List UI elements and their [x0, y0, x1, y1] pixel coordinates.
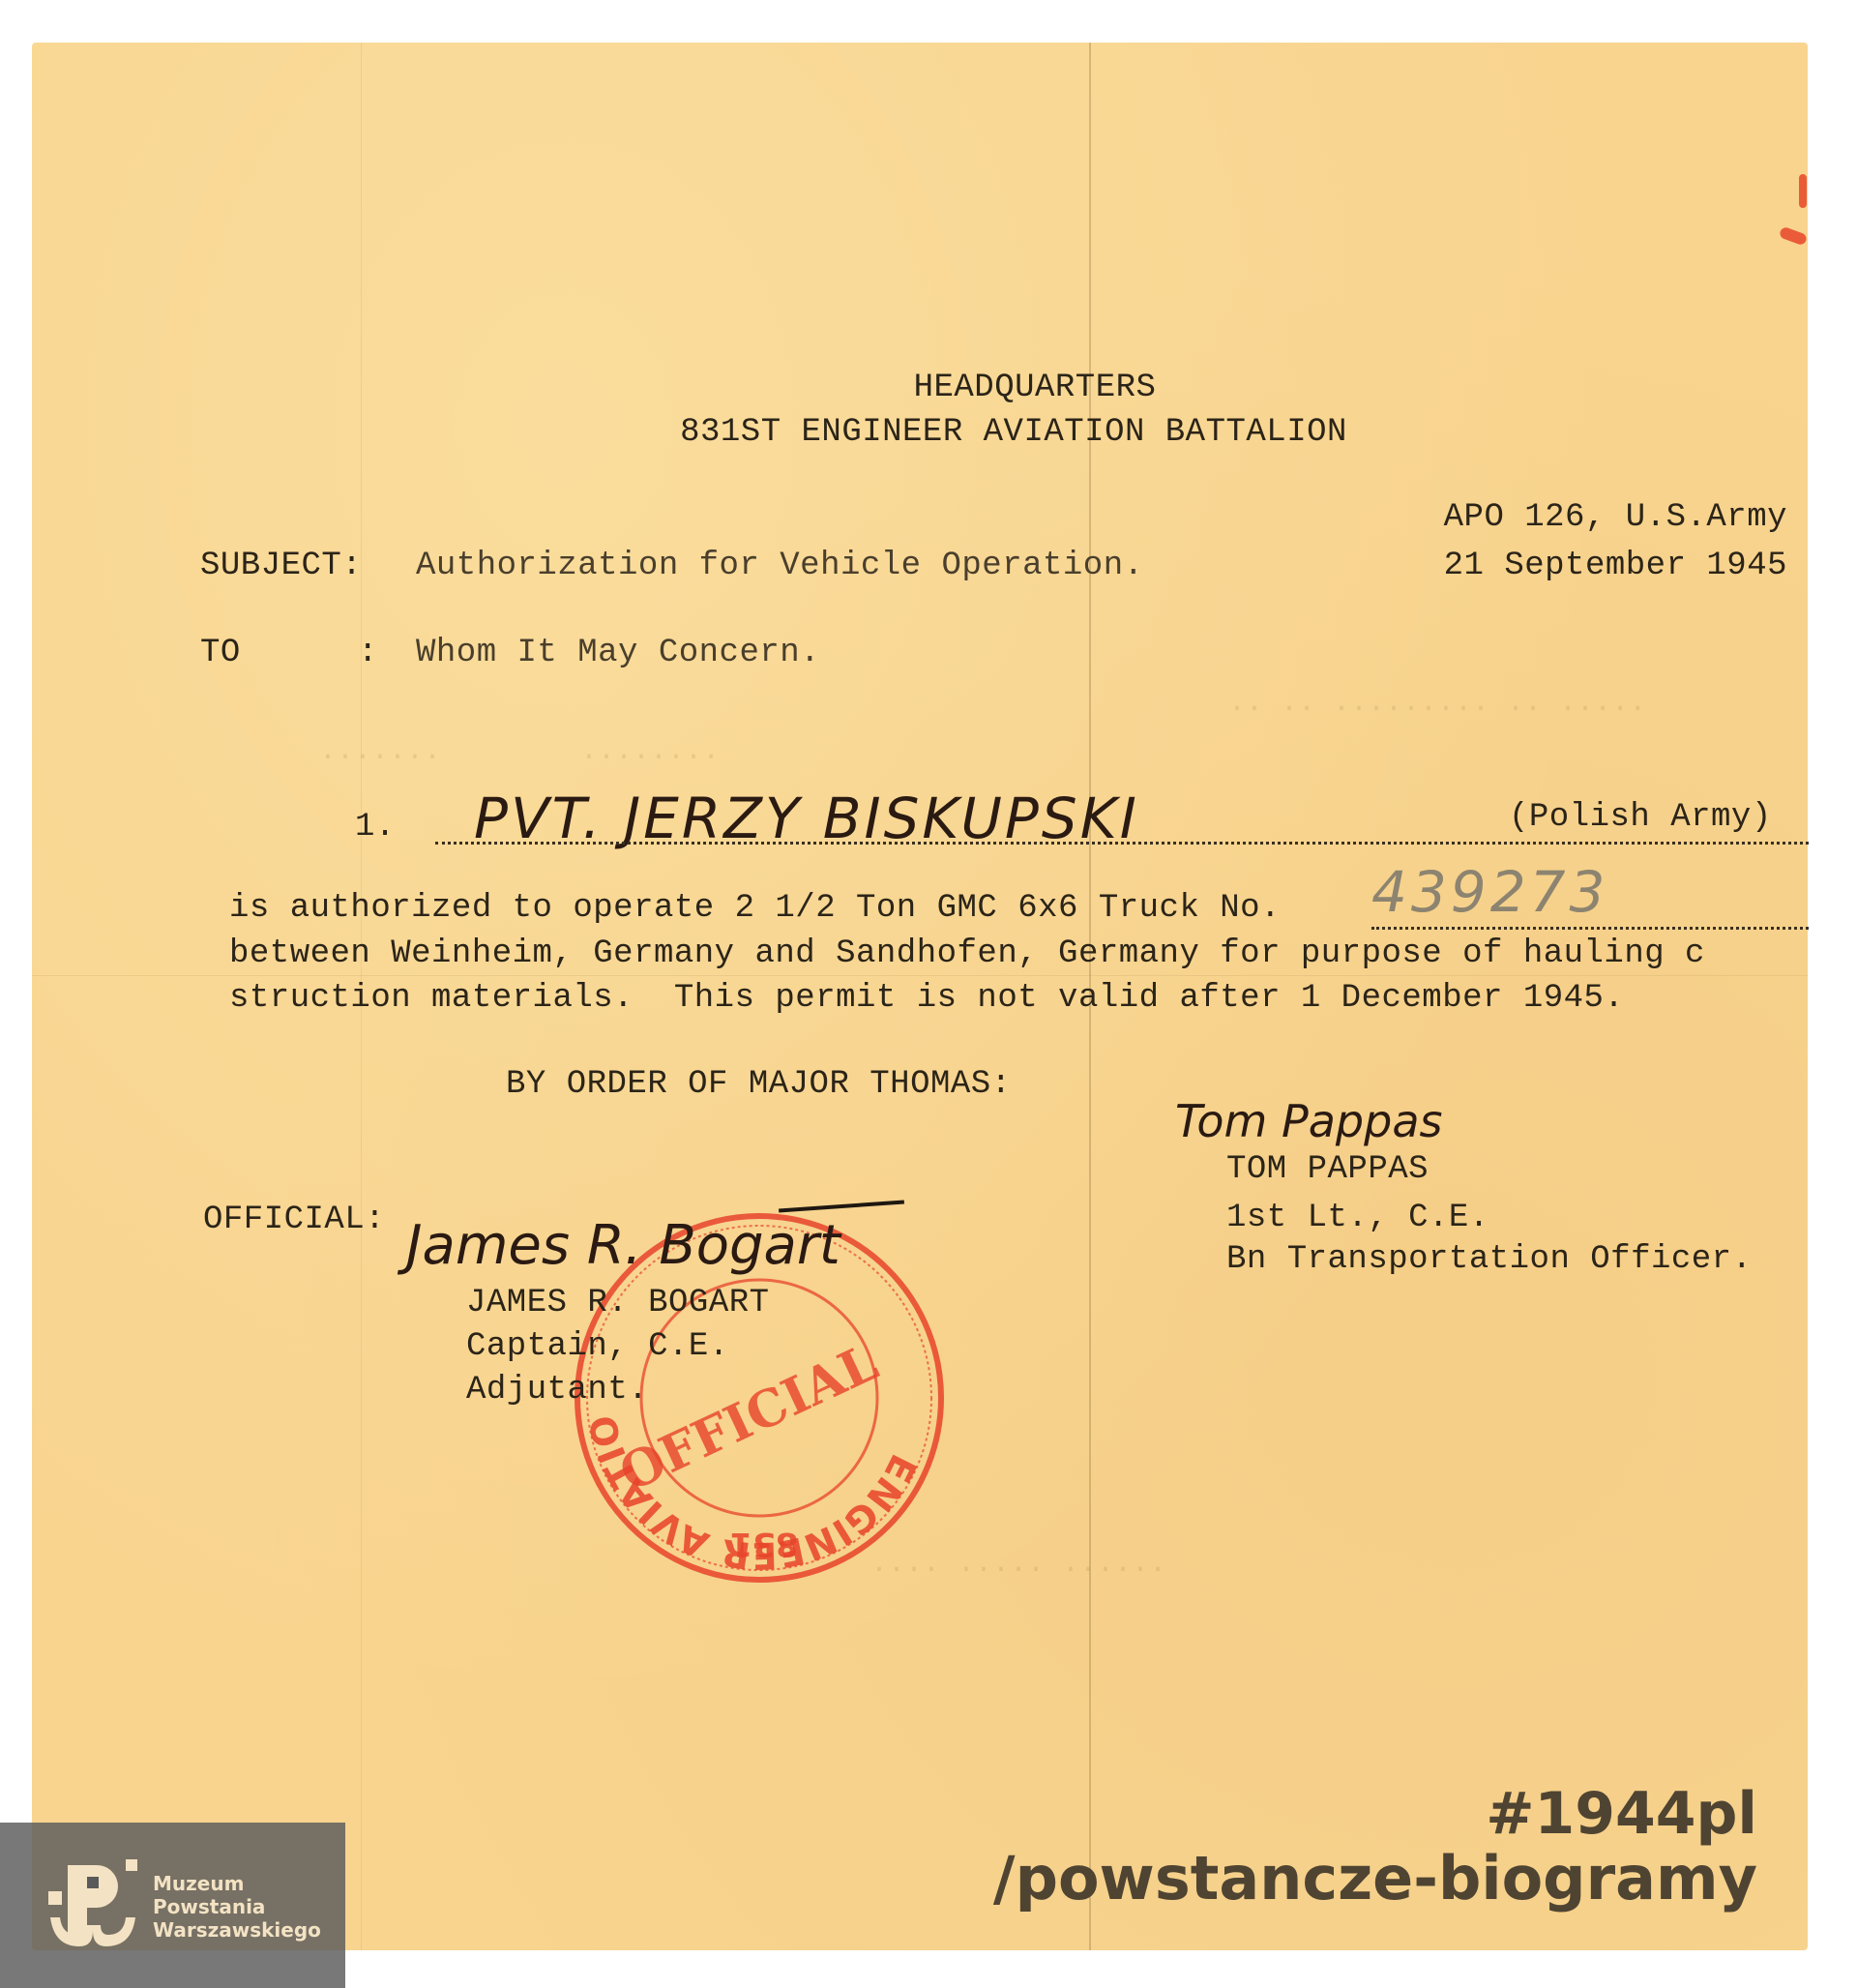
signatory-right-role: Bn Transportation Officer.	[1226, 1241, 1753, 1278]
red-pencil-mark	[1799, 174, 1807, 208]
subject-label: SUBJECT:	[200, 548, 362, 584]
truck-number-dotted-line	[1371, 927, 1809, 930]
document-date: 21 September 1945	[1444, 548, 1787, 584]
to-label: TO	[200, 635, 241, 671]
header-battalion: 831ST ENGINEER AVIATION BATTALION	[680, 414, 1347, 451]
body-line-1: is authorized to operate 2 1/2 Ton GMC 6…	[229, 890, 1281, 927]
paper-fold-line-horizontal	[32, 975, 1808, 976]
signatory-left-name: JAMES R. BOGART	[466, 1285, 770, 1321]
to-text: Whom It May Concern.	[416, 635, 820, 671]
header-headquarters: HEADQUARTERS	[914, 370, 1157, 406]
kotwica-anchor-logo-icon	[46, 1857, 139, 1950]
subject-text: Authorization for Vehicle Operation.	[416, 548, 1144, 584]
signatory-left-rank: Captain, C.E.	[466, 1328, 729, 1365]
signatory-left-role: Adjutant.	[466, 1372, 648, 1409]
bleed-through-text: .. .. ......... .. .....	[1228, 687, 1646, 720]
name-dotted-line	[435, 842, 1809, 845]
museum-name: Muzeum Powstania Warszawskiego	[153, 1872, 321, 1942]
paragraph-number: 1.	[355, 809, 396, 846]
signatory-right-name: TOM PAPPAS	[1226, 1151, 1429, 1188]
body-line-3: struction materials. This permit is not …	[229, 980, 1624, 1017]
signature-bogart: James R. Bogart	[406, 1214, 840, 1277]
signature-pappas: Tom Pappas	[1175, 1095, 1442, 1147]
official-label: OFFICIAL:	[203, 1202, 385, 1238]
logo-line-1: Muzeum	[153, 1872, 321, 1895]
name-suffix: (Polish Army)	[1509, 799, 1772, 836]
bleed-through-text: ....... ........	[319, 735, 720, 768]
to-colon: :	[358, 635, 378, 671]
body-line-2: between Weinheim, Germany and Sandhofen,…	[229, 935, 1705, 972]
logo-line-3: Warszawskiego	[153, 1918, 321, 1942]
truck-number-pencil: 439273	[1371, 859, 1608, 925]
signatory-right-rank: 1st Lt., C.E.	[1226, 1200, 1489, 1236]
watermark-path: /powstancze-biogramy	[993, 1843, 1757, 1914]
by-order-line: BY ORDER OF MAJOR THOMAS:	[506, 1066, 1012, 1103]
apo-address: APO 126, U.S.Army	[1444, 499, 1787, 536]
stamp-bottom-number: 831	[730, 1525, 799, 1563]
logo-line-2: Powstania	[153, 1895, 321, 1918]
watermark-hashtag: #1944pl	[1486, 1780, 1757, 1848]
